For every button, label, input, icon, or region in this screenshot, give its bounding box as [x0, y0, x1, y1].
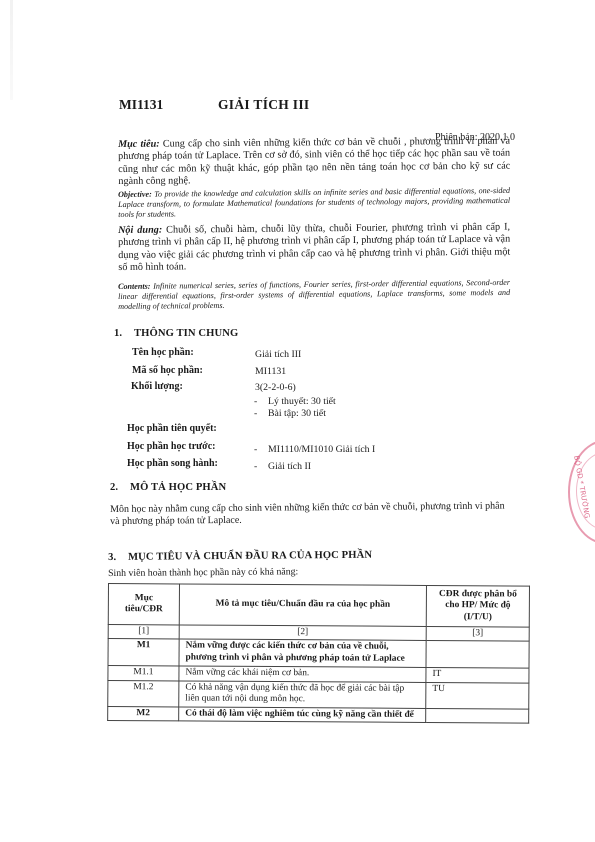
section-1-number: 1. — [114, 328, 134, 339]
section-1-heading: 1.THÔNG TIN CHUNG — [114, 328, 238, 339]
objective-vi-label: Mục tiêu: — [118, 139, 160, 150]
workload-exercise-text: Bài tập: 30 tiết — [268, 408, 326, 419]
outcomes-table: Mục tiêu/CĐR Mô tả mục tiêu/Chuẩn đầu ra… — [107, 583, 530, 724]
header-objective-id: Mục tiêu/CĐR — [108, 584, 179, 625]
prerequisite-label: Học phần tiên quyết: — [127, 423, 217, 434]
content-vi-label: Nội dung: — [118, 225, 162, 236]
course-code-value: MI1131 — [255, 366, 286, 377]
table-row: M1.2 Có khả năng vận dụng kiến thức đã h… — [108, 680, 529, 708]
course-name-label: Tên học phần: — [132, 347, 194, 358]
course-name-value: Giải tích III — [255, 349, 301, 360]
row-level — [426, 641, 529, 669]
index-2: [2] — [179, 625, 426, 641]
prior-course-value: -MI1110/MI1010 Giải tích I — [254, 444, 375, 455]
row-id: M1.2 — [108, 680, 179, 706]
workload-theory-text: Lý thuyết: 30 tiết — [268, 396, 336, 407]
row-description: Có khả năng vận dụng kiến thức đã học để… — [179, 681, 426, 708]
section-3-title: MỤC TIÊU VÀ CHUẨN ĐẦU RA CỦA HỌC PHẦN — [128, 550, 372, 563]
row-id: M1.1 — [108, 666, 179, 681]
section-3-number: 3. — [108, 552, 128, 563]
workload-theory: -Lý thuyết: 30 tiết — [254, 396, 336, 407]
workload-value: 3(2-2-0-6) — [255, 382, 296, 393]
content-en-text: Infinite numerical series, series of fun… — [118, 278, 510, 311]
bullet: - — [254, 396, 268, 407]
objective-vi: Mục tiêu: Cung cấp cho sinh viên những k… — [118, 136, 510, 189]
index-1: [1] — [108, 625, 179, 640]
section-1-title: THÔNG TIN CHUNG — [134, 328, 238, 339]
row-description: Nắm vững các khái niệm cơ bản. — [179, 666, 426, 682]
parallel-course-label: Học phần song hành: — [127, 458, 218, 469]
content-en-label: Contents: — [118, 282, 150, 291]
header-level: CĐR được phân bổ cho HP/ Mức độ (I/T/U) — [426, 585, 529, 627]
prior-course-label: Học phần học trước: — [127, 441, 215, 452]
course-title: GIẢI TÍCH III — [218, 97, 309, 113]
objective-en-label: Objective: — [118, 190, 152, 199]
workload-exercise: -Bài tập: 30 tiết — [254, 408, 326, 419]
objective-vi-text: Cung cấp cho sinh viên những kiến thức c… — [118, 136, 510, 187]
objective-en-text: To provide the knowledge and calculation… — [118, 186, 510, 219]
parallel-course-text: Giải tích II — [268, 461, 311, 472]
table-row: M2 Có thái độ làm việc nghiêm túc cùng k… — [108, 706, 529, 723]
scan-edge — [10, 0, 13, 100]
row-level: IT — [426, 668, 529, 683]
course-code-label: Mã số học phần: — [132, 365, 203, 376]
table-row: M1 Nắm vững được các kiến thức cơ bản củ… — [108, 639, 529, 669]
row-id: M1 — [108, 639, 179, 666]
row-level — [426, 708, 529, 723]
section-2-number: 2. — [110, 482, 130, 493]
workload-label: Khối lượng: — [131, 381, 183, 392]
content-vi: Nội dung: Chuỗi số, chuỗi hàm, chuỗi lũy… — [118, 222, 510, 275]
row-description: Có thái độ làm việc nghiêm túc cùng kỹ n… — [179, 707, 426, 723]
section-2-text: Môn học này nhằm cung cấp cho sinh viên … — [110, 501, 510, 529]
section-3-heading: 3.MỤC TIÊU VÀ CHUẨN ĐẦU RA CỦA HỌC PHẦN — [108, 550, 372, 563]
content-en: Contents: Infinite numerical series, ser… — [118, 278, 510, 312]
course-code: MI1131 — [119, 97, 163, 113]
section-2-title: MÔ TẢ HỌC PHẦN — [130, 482, 226, 493]
section-2-heading: 2.MÔ TẢ HỌC PHẦN — [110, 482, 226, 493]
index-3: [3] — [426, 626, 529, 641]
row-id: M2 — [108, 706, 179, 721]
bullet: - — [254, 444, 268, 455]
bullet: - — [254, 408, 268, 419]
section-3-intro: Sinh viên hoàn thành học phần này có khả… — [108, 566, 298, 579]
content-vi-text: Chuỗi số, chuỗi hàm, chuỗi lũy thừa, chu… — [118, 222, 510, 273]
parallel-course-value: -Giải tích II — [254, 461, 311, 472]
table-header-row: Mục tiêu/CĐR Mô tả mục tiêu/Chuẩn đầu ra… — [108, 584, 529, 628]
bullet: - — [254, 461, 268, 472]
row-description: Nắm vững được các kiến thức cơ bản của v… — [179, 639, 426, 668]
row-level: TU — [426, 682, 529, 708]
prior-course-text: MI1110/MI1010 Giải tích I — [268, 444, 375, 455]
header-description: Mô tả mục tiêu/Chuẩn đầu ra của học phần — [179, 584, 426, 627]
objective-en: Objective: To provide the knowledge and … — [118, 186, 510, 220]
